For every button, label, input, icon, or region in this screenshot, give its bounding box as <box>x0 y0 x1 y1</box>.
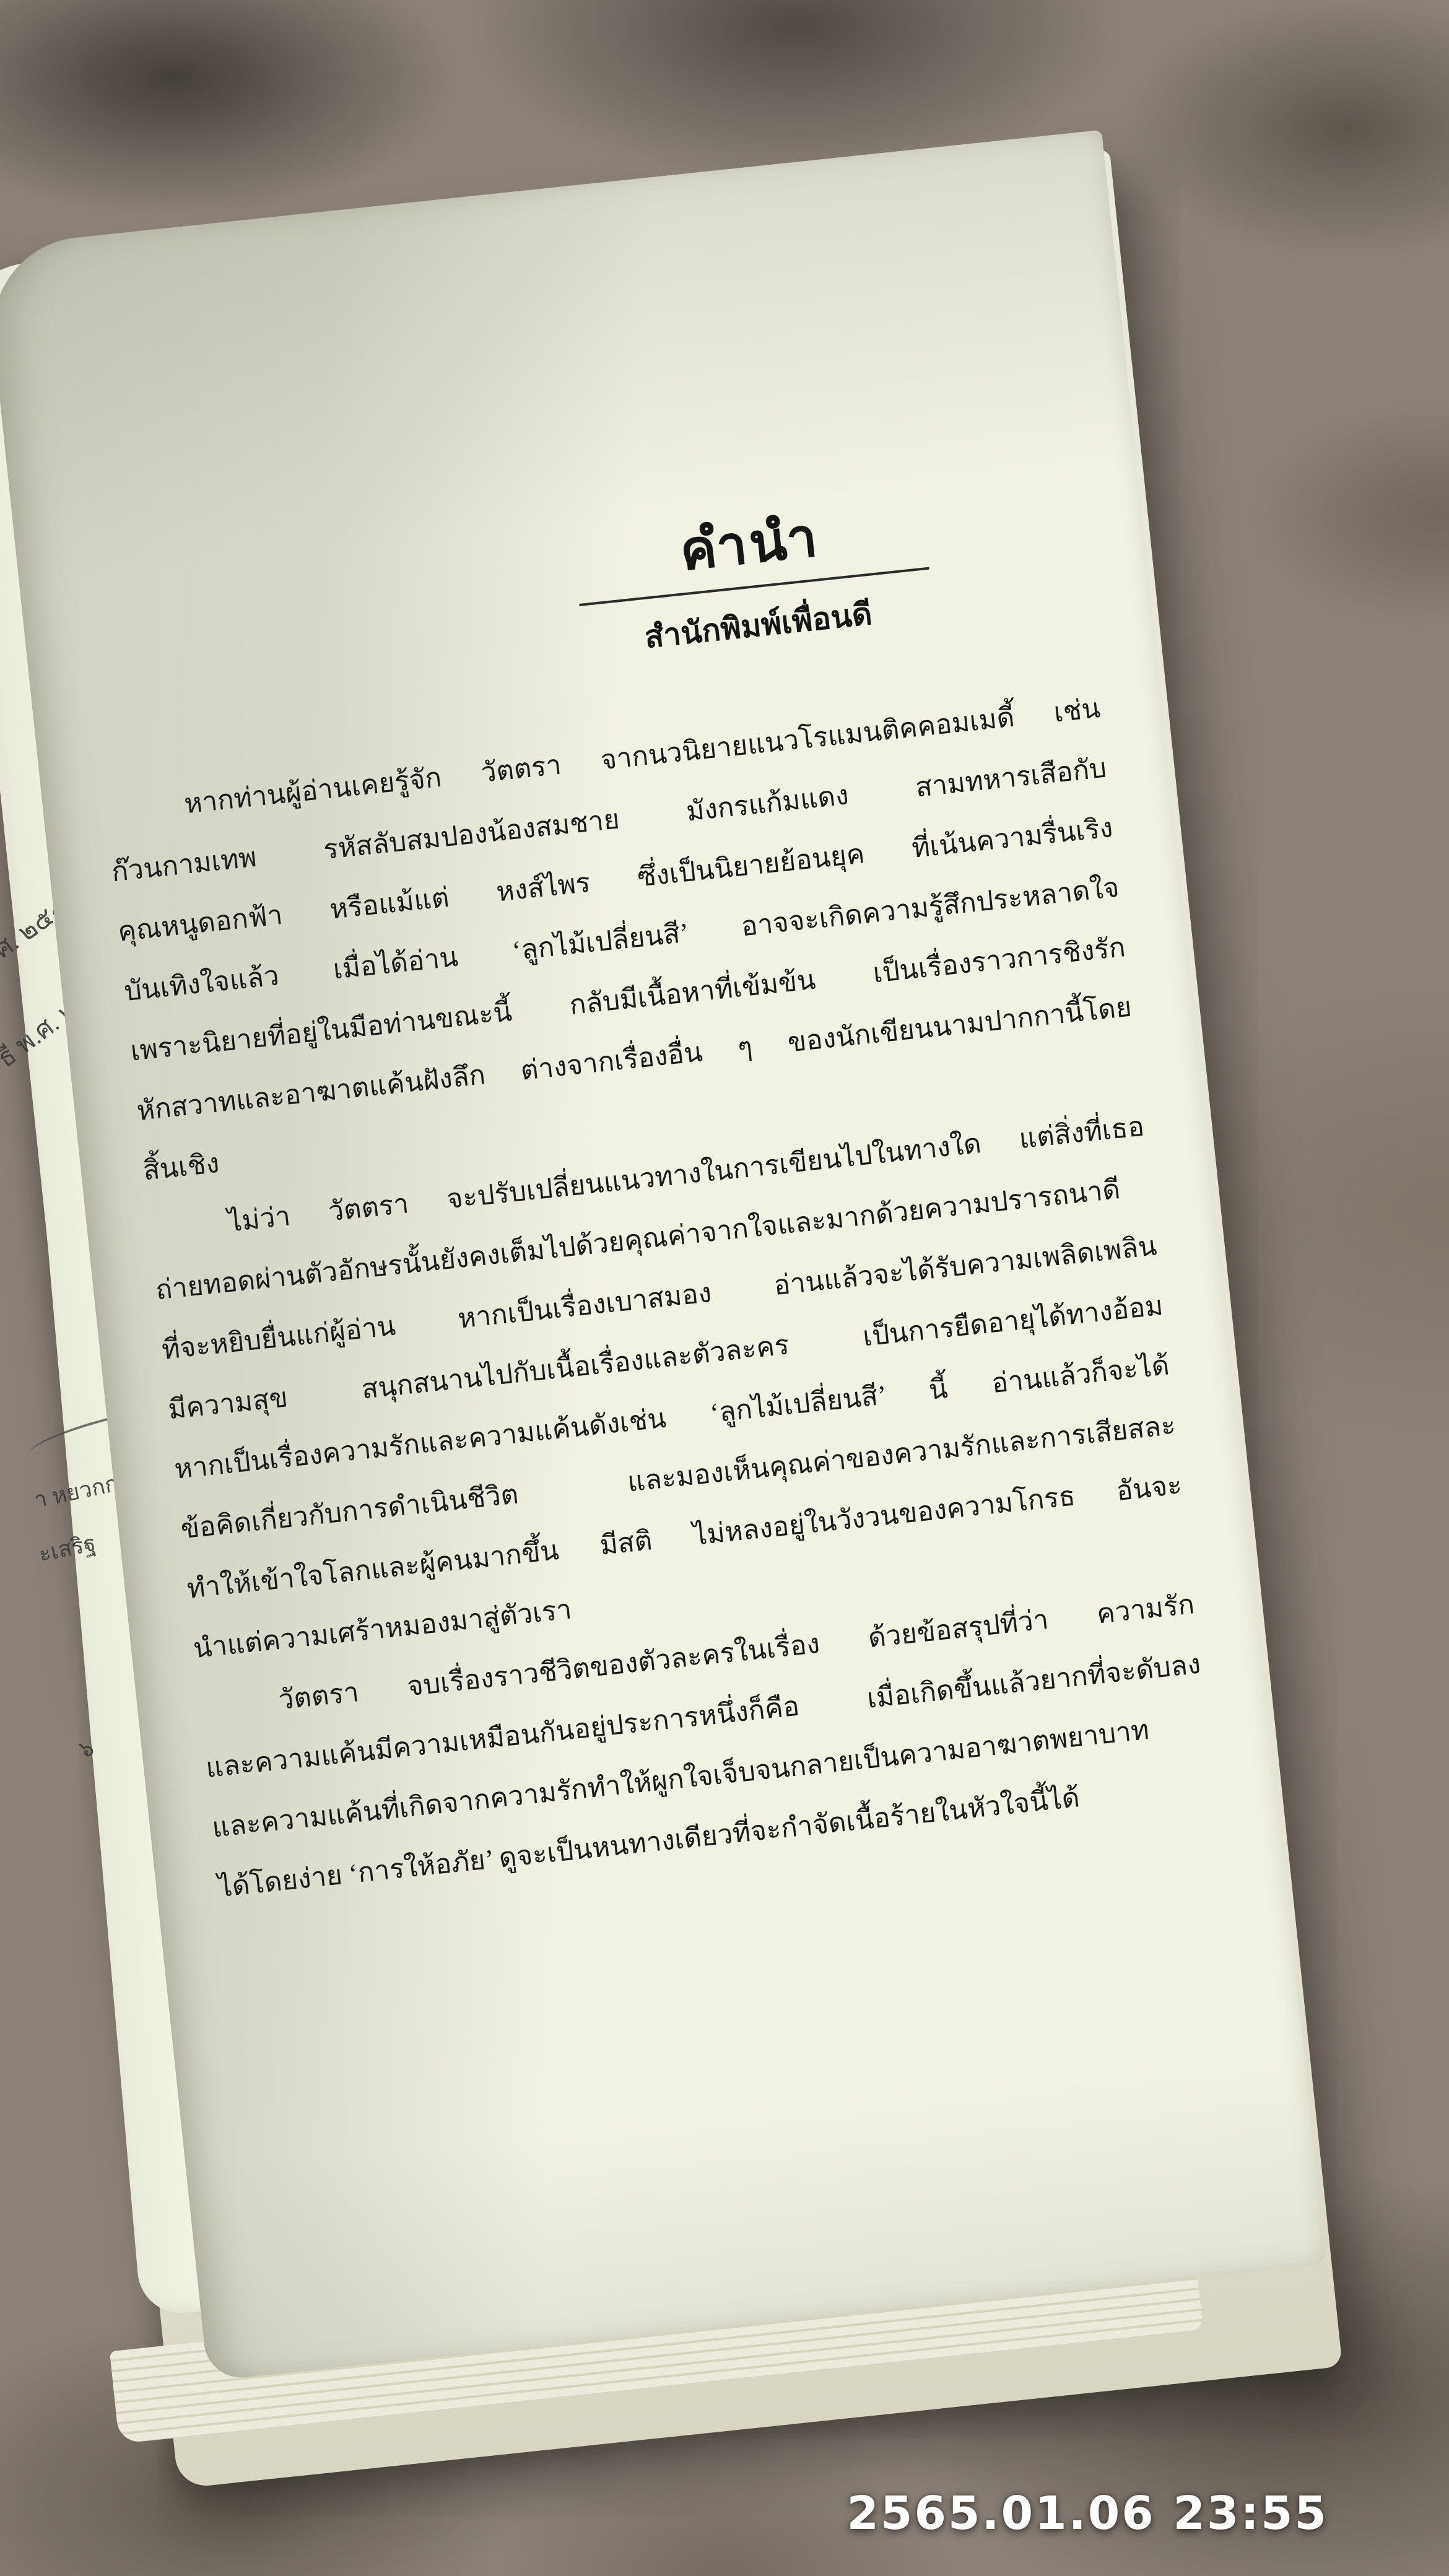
masthead: คำนำ สำนักพิมพ์เพื่อนดี <box>568 497 940 669</box>
ghost-text-name-1: า หยวกกุ <box>31 1466 122 1518</box>
camera-timestamp-overlay: 2565.01.06 23:55 <box>847 2487 1328 2540</box>
photo-of-book-on-granite-floor: { "photo": { "timestamp": "2565.01.06 23… <box>0 0 1449 2576</box>
ghost-page-number: ๖ <box>76 1730 97 1768</box>
open-book: ศ. ๒๕๕๑ ธี พ.ศ. ๒๕ า หยวกกุ ะเสริฐ ๖ คำน… <box>0 0 1449 2576</box>
preface-body: หากท่านผู้อ่านเคยรู้จัก วัตตรา จากนวนิยา… <box>102 678 1216 1918</box>
publisher-name: สำนักพิมพ์เพื่อนดี <box>577 583 939 669</box>
ghost-text-name-2: ะเสริฐ <box>35 1525 99 1572</box>
page-title: คำนำ <box>568 497 932 594</box>
preface-page: คำนำ สำนักพิมพ์เพื่อนดี หากท่านผู้อ่านเค… <box>0 130 1326 2382</box>
